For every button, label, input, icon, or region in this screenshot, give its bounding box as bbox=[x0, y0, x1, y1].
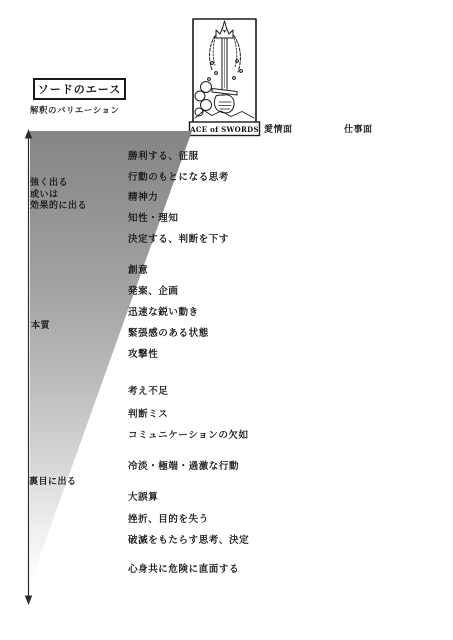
interpretation-item: 冷淡・極端・過激な行動 bbox=[128, 458, 239, 472]
interpretation-item: 発案、企画 bbox=[128, 283, 179, 297]
arrow-up-icon bbox=[25, 129, 32, 139]
interpretation-item: 精神力 bbox=[128, 189, 158, 203]
interpretation-item: 決定する、判断を下す bbox=[128, 231, 229, 245]
interpretation-item: 心身共に危険に直面する bbox=[128, 561, 239, 575]
interpretation-item: 大誤算 bbox=[128, 489, 158, 503]
column-header-love: 愛情面 bbox=[264, 122, 293, 135]
interpretation-item: 知性・理知 bbox=[128, 210, 179, 224]
interpretation-item: 迅速な鋭い動き bbox=[128, 304, 199, 318]
tarot-card-illustration: ACE of SWORDS bbox=[185, 17, 263, 139]
interpretation-item: 緊張感のある状態 bbox=[128, 325, 209, 339]
arrow-down-icon bbox=[25, 596, 32, 606]
axis-label-strong-line1: 強く出る bbox=[30, 178, 87, 190]
interpretation-item: 判断ミス bbox=[128, 406, 168, 420]
interpretation-item: コミュニケーションの欠如 bbox=[128, 427, 249, 441]
interpretation-item: 行動のもとになる思考 bbox=[128, 169, 229, 183]
hand-fist bbox=[214, 95, 234, 113]
card-label-plate: ACE of SWORDS bbox=[189, 122, 259, 136]
page-title: ソードのエース bbox=[33, 78, 126, 100]
axis-label-strong: 強く出る 或いは 効果的に出る bbox=[30, 178, 87, 213]
axis-label-essence: 本質 bbox=[31, 321, 50, 333]
scanned-page: ソードのエース 解釈のバリエーション bbox=[0, 0, 453, 640]
page-subtitle: 解釈のバリエーション bbox=[30, 104, 120, 116]
axis-label-reversed: 裏目に出る bbox=[29, 477, 77, 489]
column-header-work: 仕事面 bbox=[344, 122, 373, 135]
cloud-swirl bbox=[201, 82, 212, 93]
interpretation-item: 破滅をもたらす思考、決定 bbox=[128, 532, 249, 546]
cloud-swirl bbox=[195, 91, 205, 101]
interpretation-item: 挫折、目的を失う bbox=[128, 511, 209, 525]
interpretation-item: 勝利する、征服 bbox=[128, 148, 199, 162]
card-label: ACE of SWORDS bbox=[189, 125, 259, 134]
interpretation-item: 創意 bbox=[128, 262, 148, 276]
axis-label-strong-line2: 或いは bbox=[30, 190, 87, 202]
interpretation-item: 考え不足 bbox=[128, 383, 168, 397]
axis-label-strong-line3: 効果的に出る bbox=[30, 201, 87, 213]
interpretation-item: 攻撃性 bbox=[128, 346, 158, 360]
